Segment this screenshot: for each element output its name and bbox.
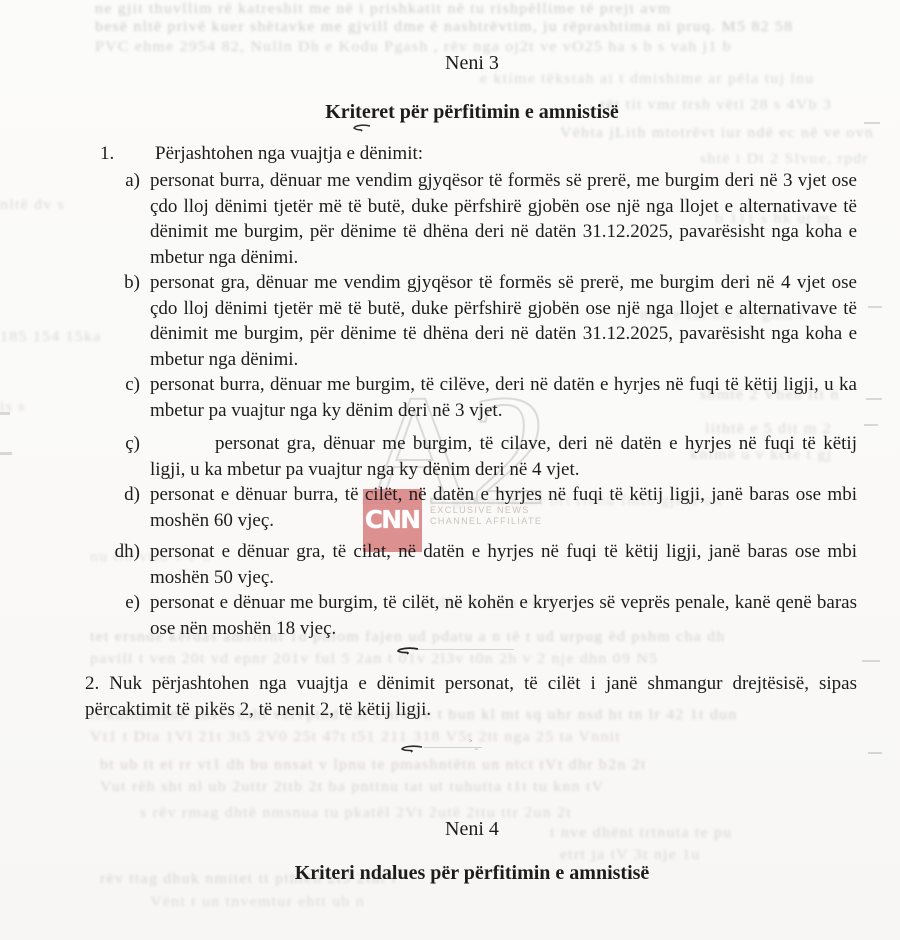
list-marker-a: a) [0,168,140,194]
squiggle-mark [396,643,420,661]
list-marker-c: c) [0,372,140,398]
list-marker-c-cedilla: ç) [0,431,140,457]
list-item-a: a) personat burra, dënuar me vendim gjyq… [150,168,857,270]
list-text-dh: personat e dënuar gra, të cilat, në datë… [150,541,857,588]
list-marker-d: d) [0,482,140,508]
point1-intro: 1. Përjashtohen nga vuajtja e dënimit: [155,141,856,167]
article3-point2: 2. Nuk përjashtohen nga vuajtja e dënimi… [85,671,857,723]
article4-heading: Neni 4 [0,818,900,841]
article3-heading: Neni 3 [0,52,900,75]
squiggle-mark [400,741,424,759]
list-marker-b: b) [0,270,140,296]
list-text-b: personat gra, dënuar me vendim gjyqësor … [150,272,857,370]
list-item-dh: dh) personat e dënuar gra, të cilat, në … [150,539,857,590]
list-item-d: d) personat e dënuar burra, të cilët, në… [150,482,857,533]
list-text-c: personat burra, dënuar me burgim, të cil… [150,374,857,421]
squiggle-mark [352,120,372,138]
list-text-e: personat e dënuar me burgim, të cilët, n… [150,592,857,639]
list-item-e: e) personat e dënuar me burgim, të cilët… [150,590,857,641]
list-marker-dh: dh) [0,539,140,565]
list-text-d: personat e dënuar burra, të cilët, në da… [150,484,857,531]
list-marker-e: e) [0,590,140,616]
article4-subheading: Kriteri ndalues për përfitimin e amnisti… [0,862,900,885]
article3-point1: 1. Përjashtohen nga vuajtja e dënimit: a… [0,141,900,641]
list-item-c-cedilla: ç) personat gra, dënuar me burgim, të ci… [150,431,857,482]
scanned-page: ne gjit thuvllim rë katreshit me në i pr… [0,0,900,940]
list-text-c-cedilla: personat gra, dënuar me burgim, të cilav… [150,433,857,480]
point1-number: 1. [100,141,114,167]
scan-line-artifact [418,649,514,650]
list-item-c: c) personat burra, dënuar me burgim, të … [150,372,857,423]
point1-intro-text: Përjashtohen nga vuajtja e dënimit: [155,143,423,164]
document-text-layer: Neni 3 Kriteret për përfitimin e amnisti… [0,0,900,940]
list-item-b: b) personat gra, dënuar me vendim gjyqës… [150,270,857,372]
scan-line-artifact [424,747,482,748]
list-text-a: personat burra, dënuar me vendim gjyqëso… [150,170,857,268]
article3-subheading: Kriteret për përfitimin e amnistisë [0,101,900,124]
